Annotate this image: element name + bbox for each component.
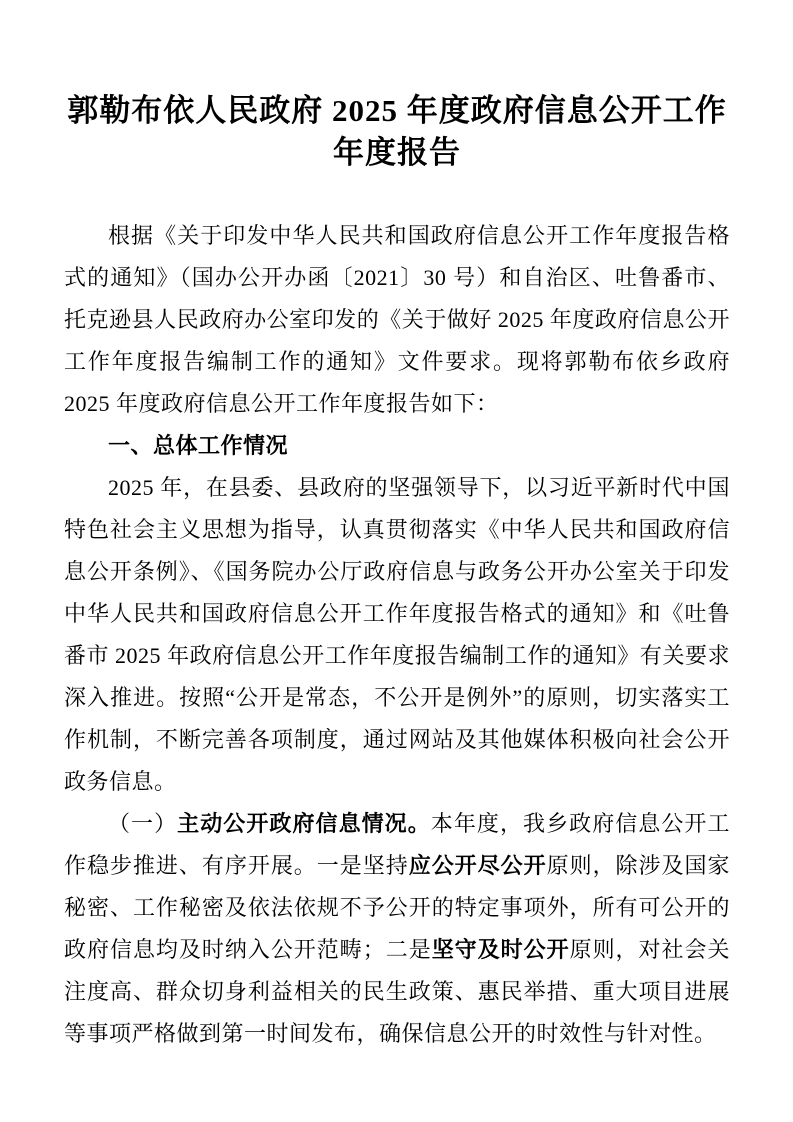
document-title-line1: 郭勒布依人民政府 2025 年度政府信息公开工作 bbox=[67, 93, 727, 128]
paragraph: 2025 年，在县委、县政府的坚强领导下，以习近平新时代中国特色社会主义思想为指… bbox=[64, 467, 730, 803]
text-segment: 一、总体工作情况 bbox=[108, 433, 288, 458]
text-segment: 根据《关于印发中华人民共和国政府信息公开工作年度报告格式的通知》（国办公开办函〔… bbox=[64, 223, 730, 416]
text-segment: 坚守及时公开 bbox=[432, 937, 570, 962]
text-segment: 应公开尽公开 bbox=[409, 853, 547, 878]
text-segment: 2025 年，在县委、县政府的坚强领导下，以习近平新时代中国特色社会主义思想为指… bbox=[64, 475, 730, 794]
document-page: 郭勒布依人民政府 2025 年度政府信息公开工作年度报告 根据《关于印发中华人民… bbox=[0, 0, 793, 1122]
text-segment: （一） bbox=[108, 811, 177, 836]
paragraph: （一）主动公开政府信息情况。本年度，我乡政府信息公开工作稳步推进、有序开展。一是… bbox=[64, 803, 730, 1055]
document-title-line2: 年度报告 bbox=[333, 135, 461, 170]
paragraph: 根据《关于印发中华人民共和国政府信息公开工作年度报告格式的通知》（国办公开办函〔… bbox=[64, 215, 730, 425]
document-body: 根据《关于印发中华人民共和国政府信息公开工作年度报告格式的通知》（国办公开办函〔… bbox=[64, 215, 730, 1055]
section-heading: 一、总体工作情况 bbox=[64, 425, 730, 467]
document-title: 郭勒布依人民政府 2025 年度政府信息公开工作年度报告 bbox=[64, 90, 730, 174]
text-segment: 主动公开政府信息情况。 bbox=[177, 811, 431, 836]
